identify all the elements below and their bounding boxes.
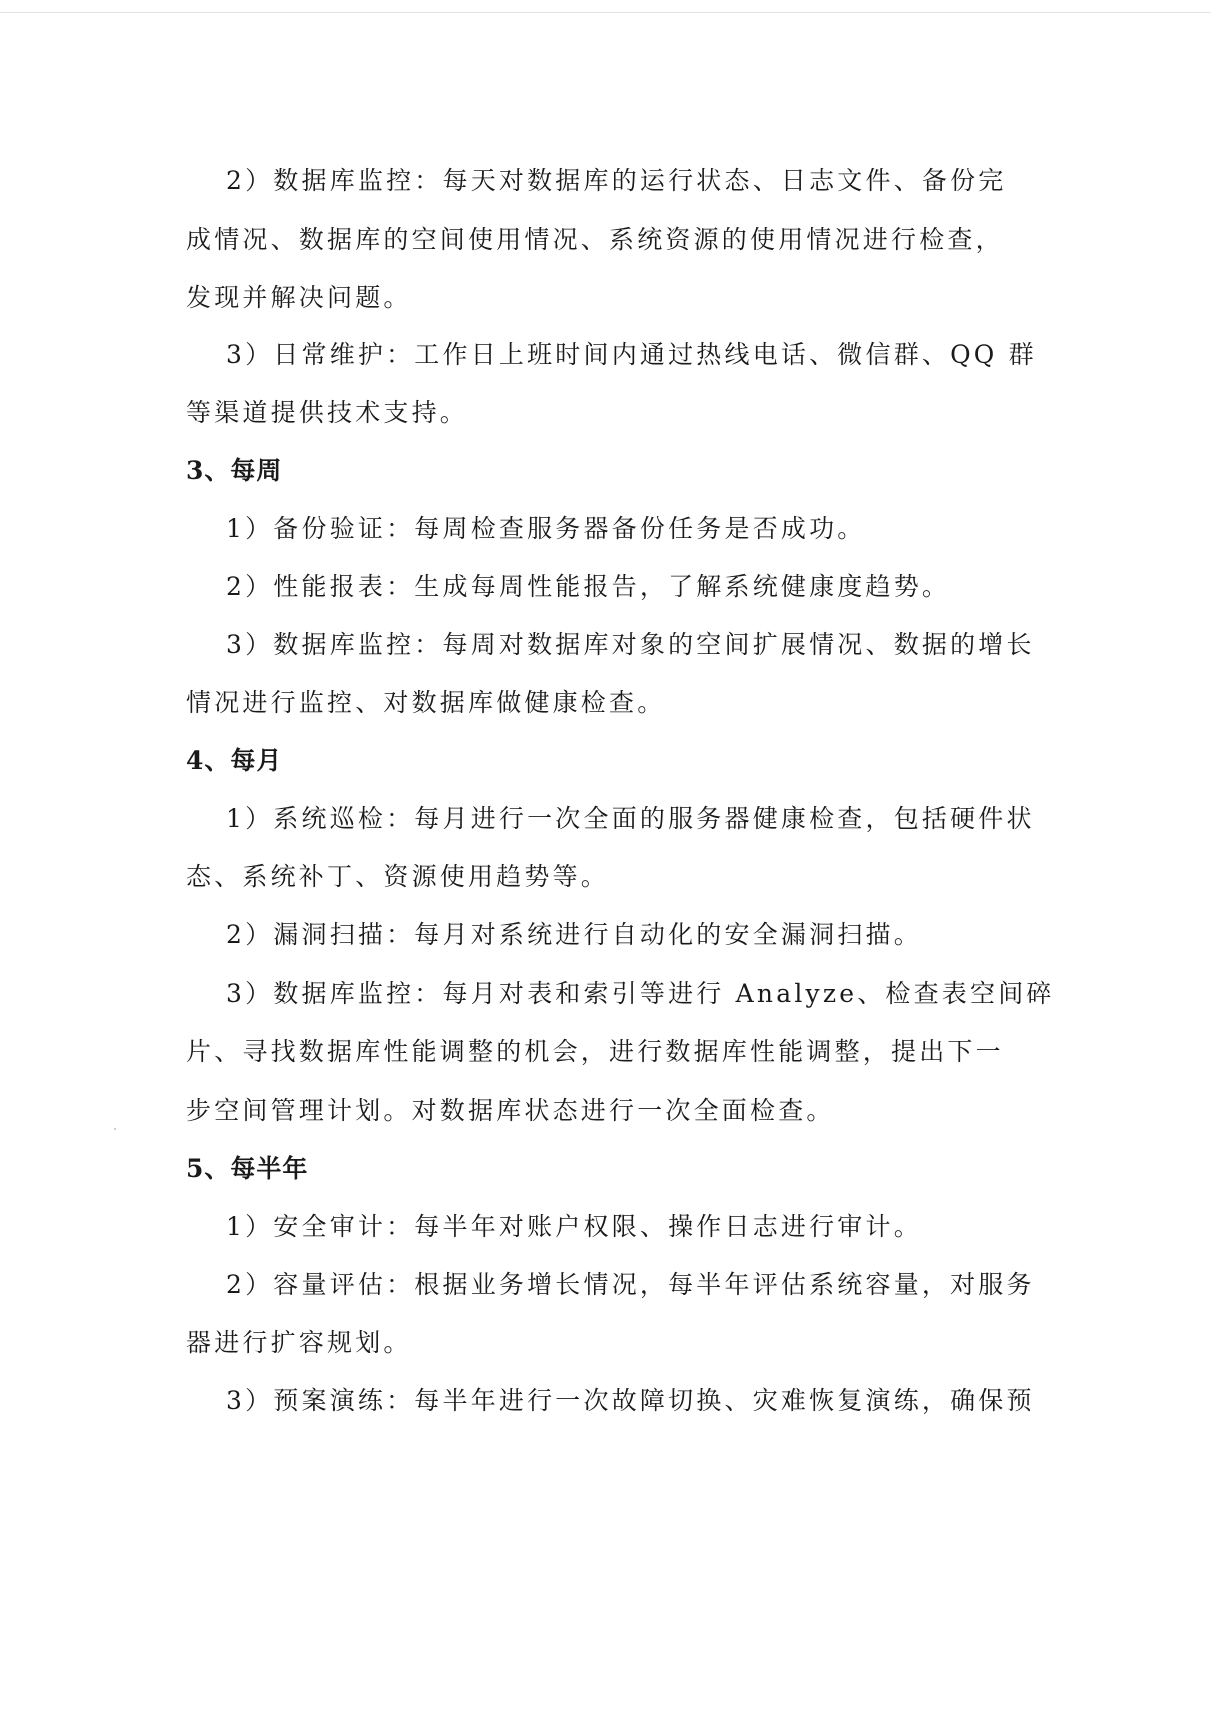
scan-artifact (114, 1128, 116, 1130)
daily-item-2-line-1: 2）数据库监控：每天对数据库的运行状态、日志文件、备份完 (226, 166, 1007, 196)
section-heading-monthly: 4、每月 (186, 746, 282, 776)
monthly-item-3-line-2: 片、寻找数据库性能调整的机会，进行数据库性能调整，提出下一 (186, 1037, 1004, 1067)
weekly-item-2-line-1: 2）性能报表：生成每周性能报告，了解系统健康度趋势。 (226, 572, 950, 602)
semiannual-item-3-line-1: 3）预案演练：每半年进行一次故障切换、灾难恢复演练，确保预 (226, 1386, 1035, 1416)
section-heading-weekly: 3、每周 (186, 456, 282, 486)
weekly-item-3-line-2: 情况进行监控、对数据库做健康检查。 (186, 688, 665, 718)
semiannual-item-1-line-1: 1）安全审计：每半年对账户权限、操作日志进行审计。 (226, 1212, 922, 1242)
section-heading-semiannual: 5、每半年 (186, 1154, 308, 1184)
daily-item-3-line-2: 等渠道提供技术支持。 (186, 398, 468, 428)
monthly-item-1-line-1: 1）系统巡检：每月进行一次全面的服务器健康检查，包括硬件状 (226, 804, 1035, 834)
semiannual-item-2-line-2: 器进行扩容规划。 (186, 1328, 412, 1358)
scan-edge-line (0, 12, 1211, 13)
monthly-item-2-line-1: 2）漏洞扫描：每月对系统进行自动化的安全漏洞扫描。 (226, 920, 922, 950)
monthly-item-3-line-1: 3）数据库监控：每月对表和索引等进行 Analyze、检查表空间碎 (226, 979, 1055, 1009)
daily-item-2-line-2: 成情况、数据库的空间使用情况、系统资源的使用情况进行检查， (186, 225, 1004, 255)
weekly-item-3-line-1: 3）数据库监控：每周对数据库对象的空间扩展情况、数据的增长 (226, 630, 1035, 660)
monthly-item-3-line-3: 步空间管理计划。对数据库状态进行一次全面检查。 (186, 1096, 835, 1126)
monthly-item-1-line-2: 态、系统补丁、资源使用趋势等。 (186, 862, 609, 892)
weekly-item-1-line-1: 1）备份验证：每周检查服务器备份任务是否成功。 (226, 514, 866, 544)
semiannual-item-2-line-1: 2）容量评估：根据业务增长情况，每半年评估系统容量，对服务 (226, 1270, 1035, 1300)
daily-item-3-line-1: 3）日常维护：工作日上班时间内通过热线电话、微信群、QQ 群 (226, 340, 1037, 370)
daily-item-2-line-3: 发现并解决问题。 (186, 283, 412, 313)
